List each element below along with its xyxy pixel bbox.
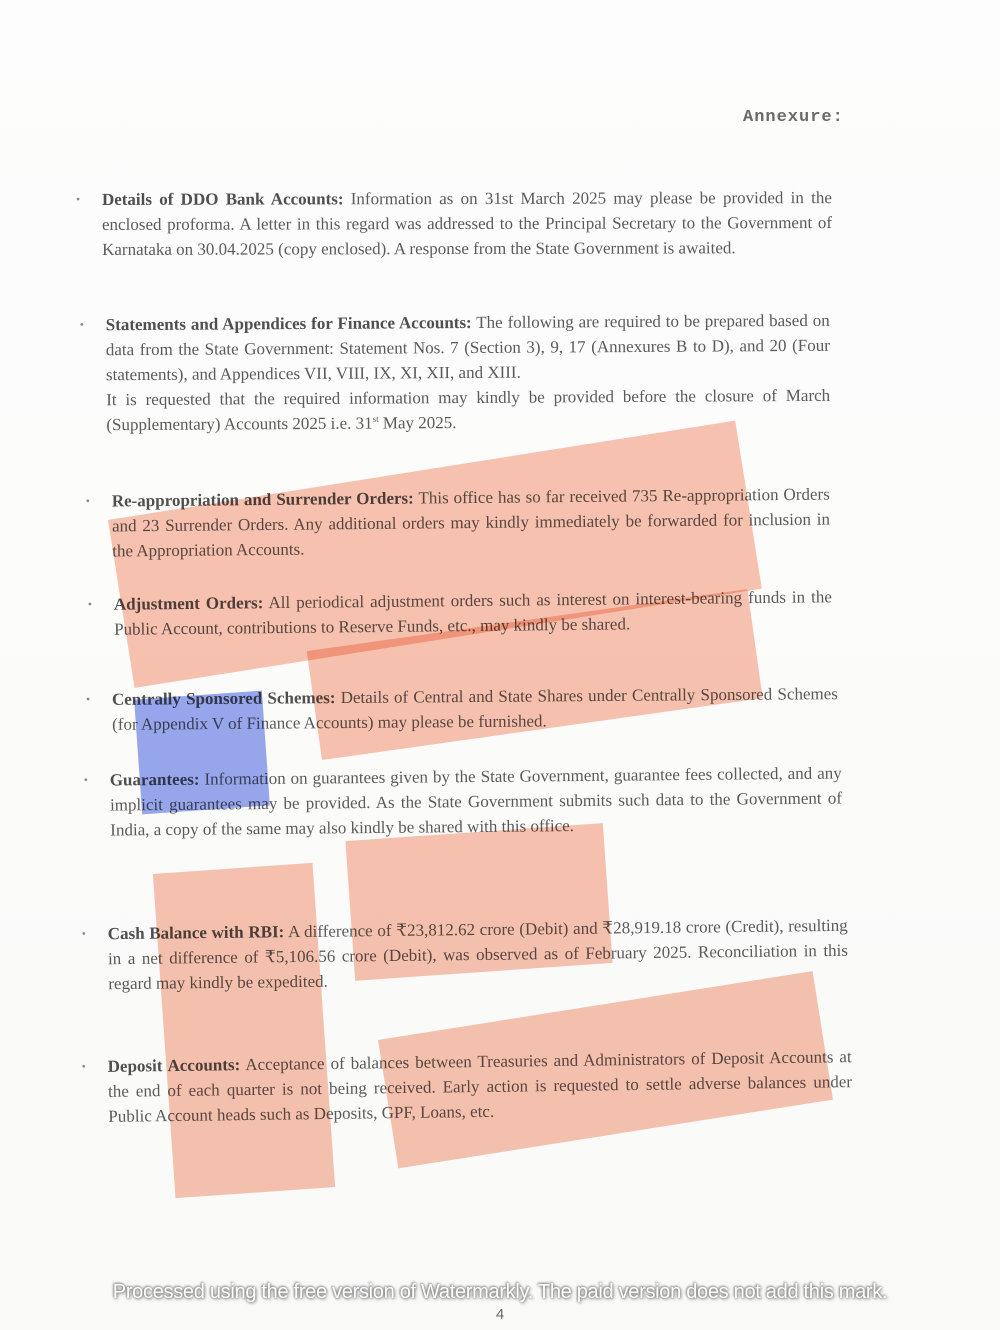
item-heading: Re-appropriation and Surrender Orders:: [112, 489, 414, 511]
page-number: 4: [0, 1306, 1000, 1323]
item-heading: Deposit Accounts:: [108, 1055, 241, 1076]
item-note-text: It is requested that the required inform…: [106, 386, 830, 434]
list-item-guarantees: • Guarantees: Information on guarantees …: [110, 760, 843, 842]
item-heading: Centrally Sponsored Schemes:: [112, 688, 336, 709]
annexure-heading: Annexure:: [743, 108, 844, 127]
item-note-text-end: May 2025.: [379, 413, 457, 432]
bullet-icon: •: [76, 187, 80, 212]
item-note: It is requested that the required inform…: [106, 383, 830, 437]
document-page: Annexure: • Details of DDO Bank Accounts…: [0, 0, 1000, 1330]
item-heading: Guarantees:: [110, 770, 200, 790]
bullet-icon: •: [82, 1054, 87, 1079]
list-item-deposit-accounts: • Deposit Accounts: Acceptance of balanc…: [108, 1044, 853, 1129]
list-item-cash-balance-rbi: • Cash Balance with RBI: A difference of…: [108, 913, 849, 996]
item-heading: Details of DDO Bank Accounts:: [102, 189, 344, 209]
bullet-icon: •: [86, 687, 90, 712]
list-item-ddo-bank-accounts: • Details of DDO Bank Accounts: Informat…: [102, 185, 832, 262]
orange-overlay-shape: [153, 863, 335, 1198]
item-heading: Adjustment Orders:: [114, 593, 264, 614]
bullet-icon: •: [80, 312, 84, 337]
item-heading: Cash Balance with RBI:: [108, 922, 285, 943]
item-body: Information on guarantees given by the S…: [110, 763, 842, 839]
list-item-centrally-sponsored-schemes: • Centrally Sponsored Schemes: Details o…: [112, 681, 838, 737]
bullet-icon: •: [84, 768, 88, 793]
list-item-statements-appendices: • Statements and Appendices for Finance …: [106, 308, 831, 437]
bullet-icon: •: [88, 592, 92, 617]
list-item-adjustment-orders: • Adjustment Orders: All periodical adju…: [114, 584, 832, 642]
bullet-icon: •: [86, 489, 90, 514]
list-item-reappropriation-orders: • Re-appropriation and Surrender Orders:…: [112, 482, 831, 564]
bullet-icon: •: [82, 921, 86, 946]
watermark-text: Processed using the free version of Wate…: [0, 1281, 1000, 1304]
item-heading: Statements and Appendices for Finance Ac…: [106, 313, 472, 334]
